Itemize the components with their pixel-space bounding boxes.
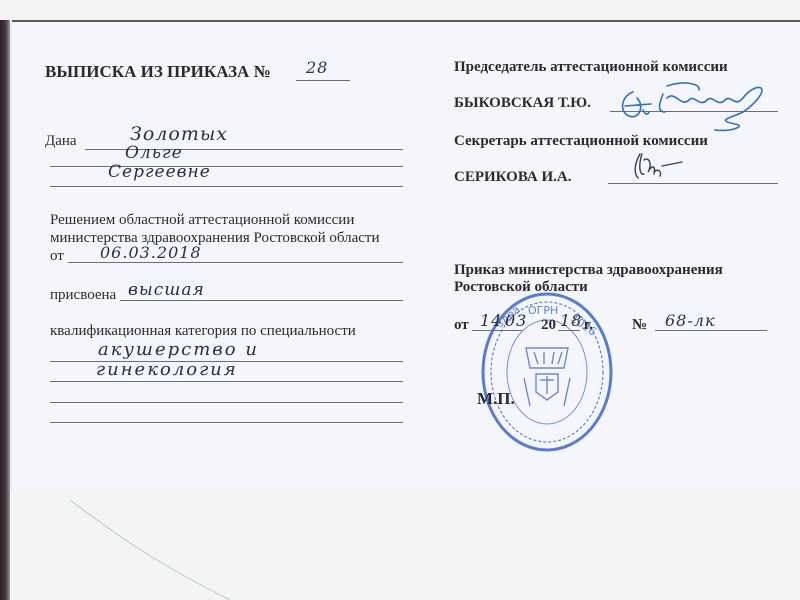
recipient-name: Ольге <box>125 143 183 163</box>
chairman-label: Председатель аттестационной комиссии <box>454 59 728 76</box>
category-line <box>120 300 403 301</box>
recipient-surname: Золотых <box>130 123 228 145</box>
paper-crease <box>70 500 270 600</box>
qualification-label: квалификационная категория по специально… <box>50 323 356 340</box>
svg-text:ОГРН: ОГРН <box>528 304 558 317</box>
decision-text-line1: Решением областной аттестационной комисс… <box>50 212 354 229</box>
secretary-signature <box>628 150 688 182</box>
seal-label: М.П. <box>477 389 515 409</box>
order-number-line <box>296 80 350 81</box>
decision-date-line <box>68 262 403 263</box>
ministry-order-number-line <box>655 330 767 331</box>
name-line <box>50 166 403 167</box>
assigned-label: присвоена <box>50 287 116 304</box>
chairman-signature <box>615 78 775 138</box>
order-year-suffix: 18 <box>560 311 582 330</box>
decision-date: 06.03.2018 <box>100 243 202 262</box>
category-value: высшая <box>128 280 205 300</box>
order-day: 14 <box>480 311 502 330</box>
specialty-line2: гинекология <box>96 359 238 380</box>
secretary-name: СЕРИКОВА И.А. <box>454 169 571 186</box>
ministry-order-label-line1: Приказ министерства здравоохранения <box>454 262 723 279</box>
order-year-label: г. <box>584 317 593 334</box>
document-title: ВЫПИСКА ИЗ ПРИКАЗА № <box>45 62 271 82</box>
specialty-line1: акушерство и <box>98 339 259 360</box>
scan-edge <box>0 20 10 600</box>
given-label: Дана <box>45 133 77 150</box>
chairman-name: БЫКОВСКАЯ Т.Ю. <box>454 95 591 112</box>
specialty-line-3 <box>50 402 403 403</box>
recipient-patronymic: Сергеевне <box>108 162 211 182</box>
ministry-order-from-label: от <box>454 317 469 334</box>
order-year-prefix: 20 <box>541 317 556 334</box>
specialty-line-4 <box>50 422 403 423</box>
decision-date-label: от <box>50 248 64 265</box>
order-number: 28 <box>306 58 328 77</box>
specialty-line-2 <box>50 381 403 382</box>
secretary-signature-line <box>608 183 778 184</box>
order-number-label: № <box>632 317 647 334</box>
order-date-line <box>472 330 522 331</box>
order-year-line <box>558 330 580 331</box>
secretary-label: Секретарь аттестационной комиссии <box>454 133 708 150</box>
order-month: 03 <box>505 311 527 330</box>
patronymic-line <box>50 186 403 187</box>
ministry-order-number: 68-лк <box>665 311 716 330</box>
